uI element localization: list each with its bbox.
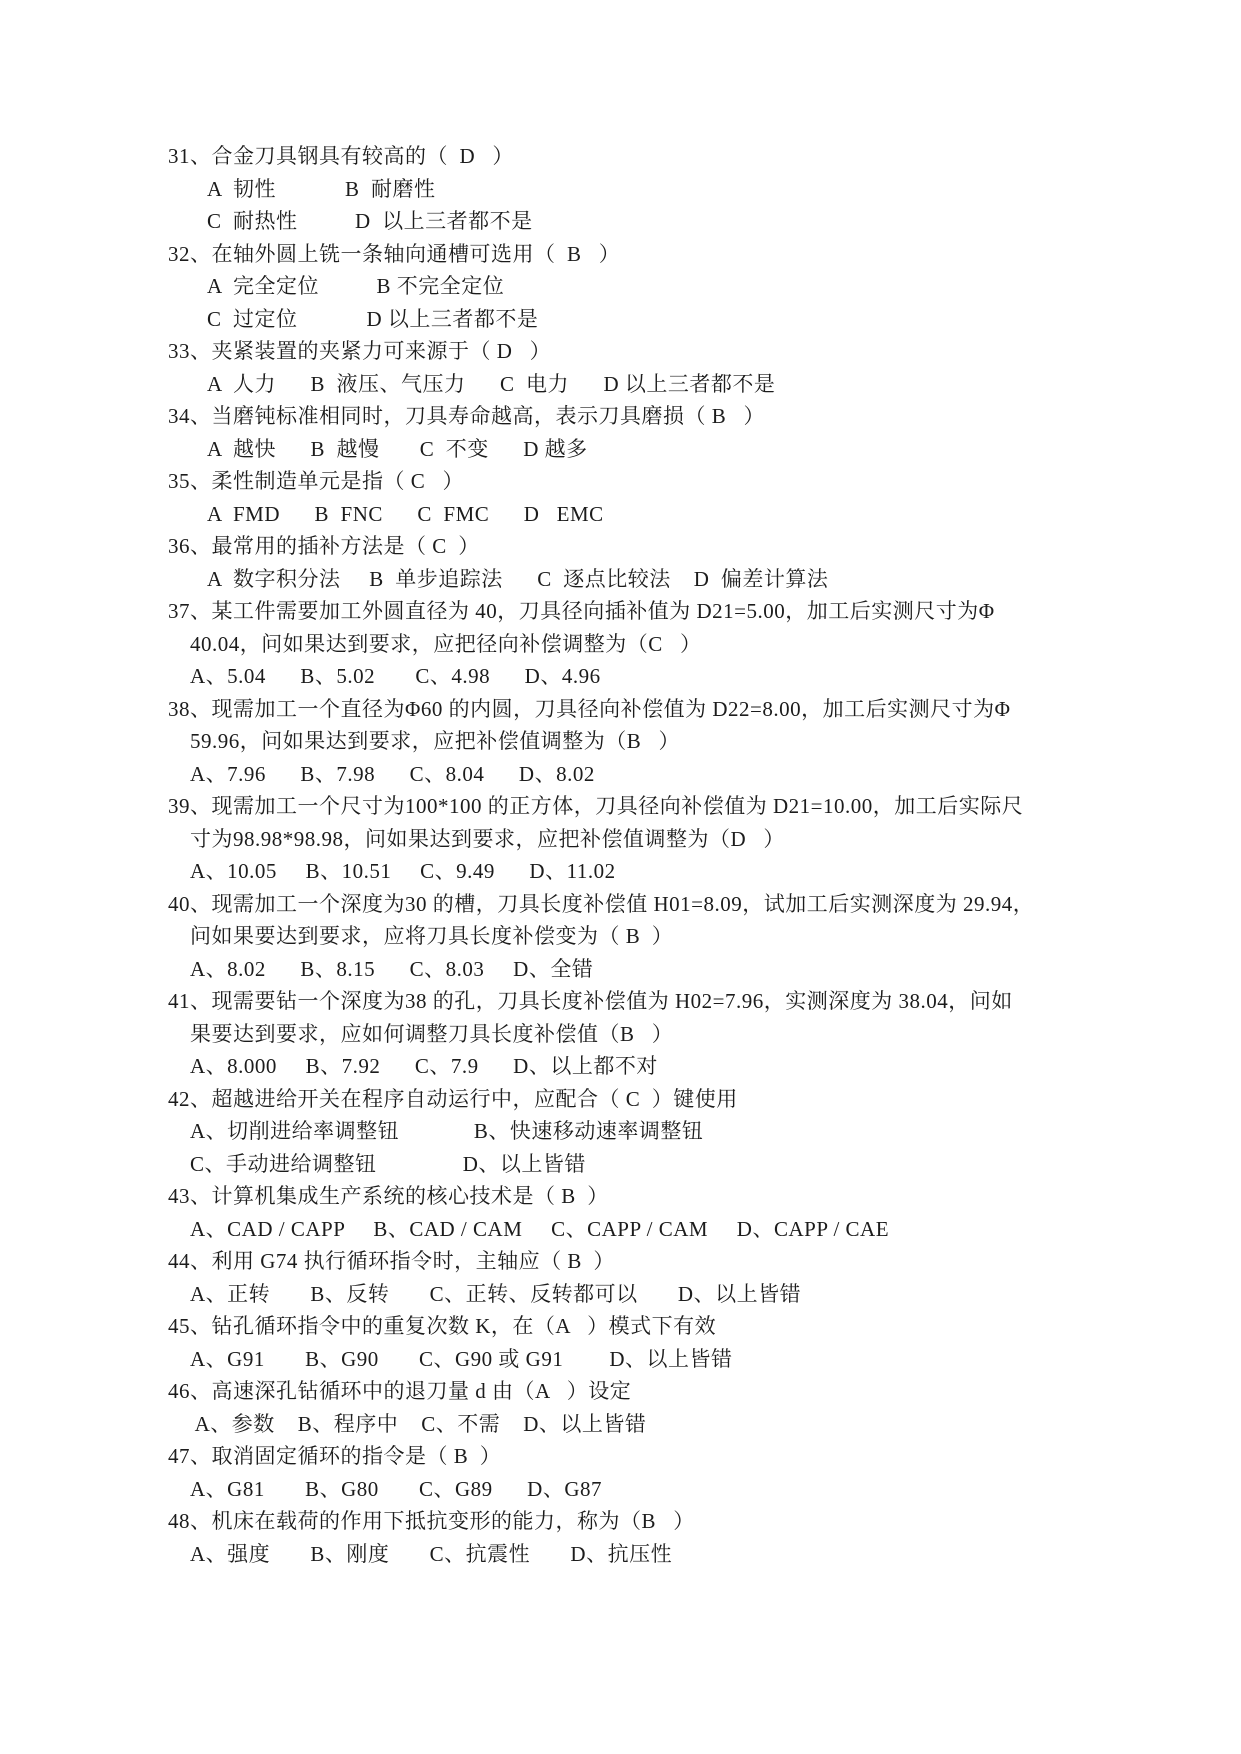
option-line: 果要达到要求，应如何调整刀具长度补偿值（B ） [168,1018,1181,1051]
question-text-line: 45、钻孔循环指令中的重复次数 K，在（A ）模式下有效 [168,1310,1181,1343]
question-47: 47、取消固定循环的指令是（ B ）A、G81 B、G80 C、G89 D、G8… [168,1440,1181,1505]
question-text-line: 38、现需加工一个直径为Φ60 的内圆，刀具径向补偿值为 D22=8.00，加工… [168,693,1181,726]
option-line: A、10.05 B、10.51 C、9.49 D、11.02 [168,855,1181,888]
question-text-line: 47、取消固定循环的指令是（ B ） [168,1440,1181,1473]
question-text-line: 35、柔性制造单元是指（ C ） [168,465,1181,498]
option-line: A、参数 B、程序中 C、不需 D、以上皆错 [168,1408,1181,1441]
option-line: 寸为98.98*98.98，问如果达到要求，应把补偿值调整为（D ） [168,823,1181,856]
option-line: A 完全定位 B 不完全定位 [168,270,1181,303]
question-41: 41、现需要钻一个深度为38 的孔，刀具长度补偿值为 H02=7.96，实测深度… [168,985,1181,1083]
question-32: 32、在轴外圆上铣一条轴向通槽可选用（ B ）A 完全定位 B 不完全定位C 过… [168,238,1181,336]
question-48: 48、机床在载荷的作用下抵抗变形的能力，称为（B ）A、强度 B、刚度 C、抗震… [168,1505,1181,1570]
question-42: 42、超越进给开关在程序自动运行中，应配合（ C ）键使用A、切削进给率调整钮 … [168,1083,1181,1181]
option-line: A 越快 B 越慢 C 不变 D 越多 [168,433,1181,466]
question-text-line: 34、当磨钝标准相同时，刀具寿命越高，表示刀具磨损（ B ） [168,400,1181,433]
question-34: 34、当磨钝标准相同时，刀具寿命越高，表示刀具磨损（ B ）A 越快 B 越慢 … [168,400,1181,465]
question-31: 31、合金刀具钢具有较高的（ D ）A 韧性 B 耐磨性C 耐热性 D 以上三者… [168,140,1181,238]
option-line: A、8.000 B、7.92 C、7.9 D、以上都不对 [168,1050,1181,1083]
question-text-line: 40、现需加工一个深度为30 的槽，刀具长度补偿值 H01=8.09，试加工后实… [168,888,1181,921]
question-text-line: 31、合金刀具钢具有较高的（ D ） [168,140,1181,173]
option-line: 59.96，问如果达到要求，应把补偿值调整为（B ） [168,725,1181,758]
question-38: 38、现需加工一个直径为Φ60 的内圆，刀具径向补偿值为 D22=8.00，加工… [168,693,1181,791]
exam-page: 31、合金刀具钢具有较高的（ D ）A 韧性 B 耐磨性C 耐热性 D 以上三者… [0,0,1241,1754]
question-text-line: 37、某工件需要加工外圆直径为 40，刀具径向插补值为 D21=5.00，加工后… [168,595,1181,628]
question-33: 33、夹紧装置的夹紧力可来源于（ D ）A 人力 B 液压、气压力 C 电力 D… [168,335,1181,400]
question-36: 36、最常用的插补方法是（ C ）A 数字积分法 B 单步追踪法 C 逐点比较法… [168,530,1181,595]
option-line: C 耐热性 D 以上三者都不是 [168,205,1181,238]
question-37: 37、某工件需要加工外圆直径为 40，刀具径向插补值为 D21=5.00，加工后… [168,595,1181,693]
option-line: A 数字积分法 B 单步追踪法 C 逐点比较法 D 偏差计算法 [168,563,1181,596]
option-line: C、手动进给调整钮 D、以上皆错 [168,1148,1181,1181]
question-text-line: 36、最常用的插补方法是（ C ） [168,530,1181,563]
question-text-line: 32、在轴外圆上铣一条轴向通槽可选用（ B ） [168,238,1181,271]
question-text-line: 39、现需加工一个尺寸为100*100 的正方体，刀具径向补偿值为 D21=10… [168,790,1181,823]
question-text-line: 43、计算机集成生产系统的核心技术是（ B ） [168,1180,1181,1213]
option-line: A、CAD / CAPP B、CAD / CAM C、CAPP / CAM D、… [168,1213,1181,1246]
option-line: A、5.04 B、5.02 C、4.98 D、4.96 [168,660,1181,693]
question-text-line: 42、超越进给开关在程序自动运行中，应配合（ C ）键使用 [168,1083,1181,1116]
option-line: C 过定位 D 以上三者都不是 [168,303,1181,336]
option-line: A FMD B FNC C FMC D EMC [168,498,1181,531]
option-line: A 人力 B 液压、气压力 C 电力 D 以上三者都不是 [168,368,1181,401]
option-line: A、正转 B、反转 C、正转、反转都可以 D、以上皆错 [168,1278,1181,1311]
question-44: 44、利用 G74 执行循环指令时，主轴应（ B ）A、正转 B、反转 C、正转… [168,1245,1181,1310]
option-line: A 韧性 B 耐磨性 [168,173,1181,206]
question-43: 43、计算机集成生产系统的核心技术是（ B ）A、CAD / CAPP B、CA… [168,1180,1181,1245]
question-text-line: 41、现需要钻一个深度为38 的孔，刀具长度补偿值为 H02=7.96，实测深度… [168,985,1181,1018]
option-line: A、切削进给率调整钮 B、快速移动速率调整钮 [168,1115,1181,1148]
question-text-line: 33、夹紧装置的夹紧力可来源于（ D ） [168,335,1181,368]
option-line: A、强度 B、刚度 C、抗震性 D、抗压性 [168,1538,1181,1571]
question-text-line: 46、高速深孔钻循环中的退刀量 d 由（A ）设定 [168,1375,1181,1408]
option-line: 问如果要达到要求，应将刀具长度补偿变为（ B ） [168,920,1181,953]
option-line: A、G81 B、G80 C、G89 D、G87 [168,1473,1181,1506]
question-39: 39、现需加工一个尺寸为100*100 的正方体，刀具径向补偿值为 D21=10… [168,790,1181,888]
question-35: 35、柔性制造单元是指（ C ）A FMD B FNC C FMC D EMC [168,465,1181,530]
question-text-line: 44、利用 G74 执行循环指令时，主轴应（ B ） [168,1245,1181,1278]
option-line: A、G91 B、G90 C、G90 或 G91 D、以上皆错 [168,1343,1181,1376]
option-line: A、8.02 B、8.15 C、8.03 D、全错 [168,953,1181,986]
question-text-line: 48、机床在载荷的作用下抵抗变形的能力，称为（B ） [168,1505,1181,1538]
question-40: 40、现需加工一个深度为30 的槽，刀具长度补偿值 H01=8.09，试加工后实… [168,888,1181,986]
option-line: A、7.96 B、7.98 C、8.04 D、8.02 [168,758,1181,791]
question-46: 46、高速深孔钻循环中的退刀量 d 由（A ）设定 A、参数 B、程序中 C、不… [168,1375,1181,1440]
option-line: 40.04，问如果达到要求，应把径向补偿调整为（C ） [168,628,1181,661]
question-45: 45、钻孔循环指令中的重复次数 K，在（A ）模式下有效A、G91 B、G90 … [168,1310,1181,1375]
